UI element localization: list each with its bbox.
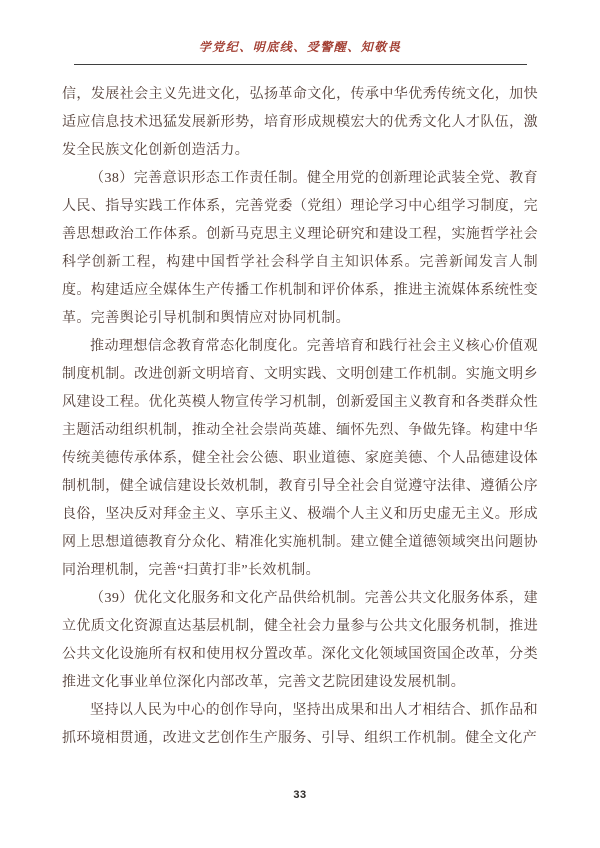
paragraph: （39）优化文化服务和文化产品供给机制。完善公共文化服务体系，建立优质文化资源直… (62, 585, 538, 697)
page-number: 33 (293, 789, 306, 801)
paragraph: 推动理想信念教育常态化制度化。完善培育和践行社会主义核心价值观制度机制。改进创新… (62, 333, 538, 585)
paragraph: 坚持以人民为中心的创作导向，坚持出成果和出人才相结合、抓作品和抓环境相贯通，改进… (62, 697, 538, 753)
document-page: 学党纪、明底线、受警醒、知敬畏 信，发展社会主义先进文化，弘扬革命文化，传承中华… (0, 0, 600, 848)
document-body: 信，发展社会主义先进文化，弘扬革命文化，传承中华优秀传统文化，加快适应信息技术迅… (62, 81, 538, 753)
page-header: 学党纪、明底线、受警醒、知敬畏 (0, 0, 600, 65)
paragraph: （38）完善意识形态工作责任制。健全用党的创新理论武装全党、教育人民、指导实践工… (62, 165, 538, 333)
header-divider (74, 64, 527, 65)
running-head-title: 学党纪、明底线、受警醒、知敬畏 (199, 39, 402, 56)
page-footer: 33 (0, 785, 600, 803)
paragraph: 信，发展社会主义先进文化，弘扬革命文化，传承中华优秀传统文化，加快适应信息技术迅… (62, 81, 538, 165)
